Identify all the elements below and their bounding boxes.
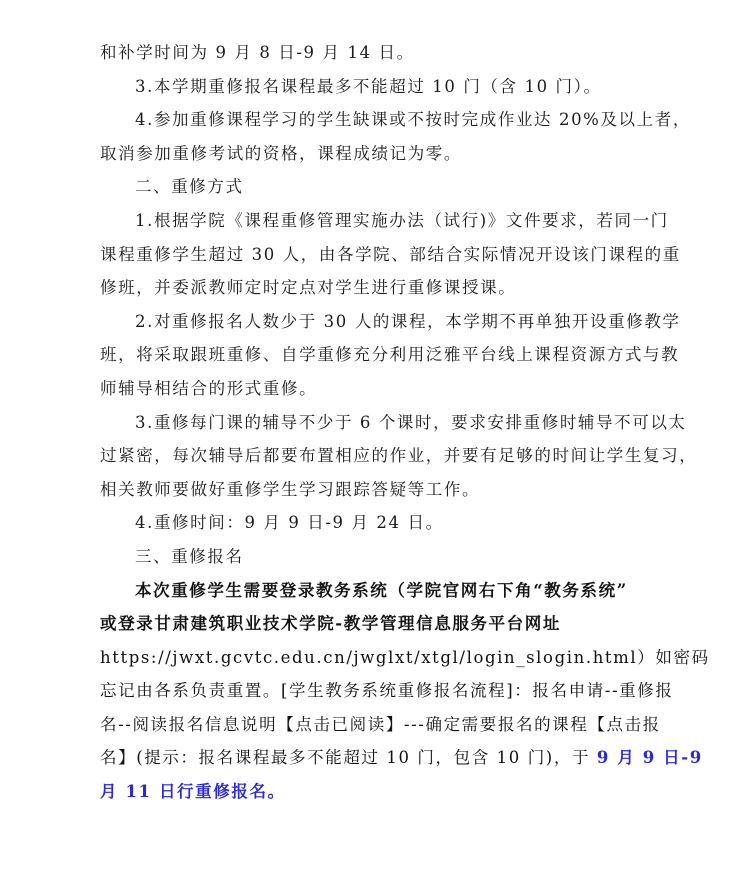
text-line: 本次重修学生需要登录教务系统（学院官网右下角“教务系统” [100, 574, 666, 608]
paragraph-continuation: 和补学时间为 9 月 8 日-9 月 14 日。 [100, 36, 666, 70]
text-line: 和补学时间为 9 月 8 日-9 月 14 日。 [100, 36, 666, 70]
text-line: 或登录甘肃建筑职业技术学院-教学管理信息服务平台网址 [100, 607, 666, 641]
text-segment: 名】(提示：报名课程最多不能超过 10 门，包含 10 门)，于 [100, 748, 597, 767]
text-line: 相关教师要做好重修学生学习跟踪答疑等工作。 [100, 473, 666, 507]
text-line: 名】(提示：报名课程最多不能超过 10 门，包含 10 门)，于 9 月 9 日… [100, 741, 666, 775]
document-page: 和补学时间为 9 月 8 日-9 月 14 日。 3.本学期重修报名课程最多不能… [100, 36, 666, 809]
text-line: 名--阅读报名信息说明【点击已阅读】---确定需要报名的课程【点击报 [100, 708, 666, 742]
heading-text: 二、重修方式 [100, 170, 666, 204]
heading-text: 三、重修报名 [100, 540, 666, 574]
url-line: https://jwxt.gcvtc.edu.cn/jwglxt/xtgl/lo… [100, 641, 666, 675]
text-line: 3.本学期重修报名课程最多不能超过 10 门（含 10 门）。 [100, 70, 666, 104]
text-line: 1.根据学院《课程重修管理实施办法（试行)》文件要求，若同一门 [100, 204, 666, 238]
text-line: 取消参加重修考试的资格，课程成绩记为零。 [100, 137, 666, 171]
text-line: 过紧密，每次辅导后都要布置相应的作业，并要有足够的时间让学生复习， [100, 439, 666, 473]
text-line: 4.参加重修课程学习的学生缺课或不按时完成作业达 20%及以上者， [100, 103, 666, 137]
text-line: 2.对重修报名人数少于 30 人的课程，本学期不再单独开设重修教学 [100, 305, 666, 339]
highlighted-date: 9 月 9 日-9 [597, 748, 703, 767]
paragraph-method-3: 3.重修每门课的辅导不少于 6 个课时，要求安排重修时辅导不可以太 过紧密，每次… [100, 406, 666, 507]
paragraph-method-4: 4.重修时间：9 月 9 日-9 月 24 日。 [100, 506, 666, 540]
paragraph-method-2: 2.对重修报名人数少于 30 人的课程，本学期不再单独开设重修教学 班，将采取跟… [100, 305, 666, 406]
paragraph-item-3: 3.本学期重修报名课程最多不能超过 10 门（含 10 门）。 [100, 70, 666, 104]
highlighted-date-line: 月 11 日行重修报名。 [100, 775, 666, 809]
text-line: 修班，并委派教师定时定点对学生进行重修课授课。 [100, 271, 666, 305]
text-line: 3.重修每门课的辅导不少于 6 个课时，要求安排重修时辅导不可以太 [100, 406, 666, 440]
paragraph-registration: 本次重修学生需要登录教务系统（学院官网右下角“教务系统” 或登录甘肃建筑职业技术… [100, 574, 666, 809]
text-line: 课程重修学生超过 30 人，由各学院、部结合实际情况开设该门课程的重 [100, 238, 666, 272]
paragraph-item-4: 4.参加重修课程学习的学生缺课或不按时完成作业达 20%及以上者， 取消参加重修… [100, 103, 666, 170]
section-heading-registration: 三、重修报名 [100, 540, 666, 574]
text-line: 忘记由各系负责重置。[学生教务系统重修报名流程]：报名申请--重修报 [100, 674, 666, 708]
text-line: 师辅导相结合的形式重修。 [100, 372, 666, 406]
text-line: 4.重修时间：9 月 9 日-9 月 24 日。 [100, 506, 666, 540]
text-line: 班，将采取跟班重修、自学重修充分利用泛雅平台线上课程资源方式与教 [100, 338, 666, 372]
paragraph-method-1: 1.根据学院《课程重修管理实施办法（试行)》文件要求，若同一门 课程重修学生超过… [100, 204, 666, 305]
section-heading-method: 二、重修方式 [100, 170, 666, 204]
